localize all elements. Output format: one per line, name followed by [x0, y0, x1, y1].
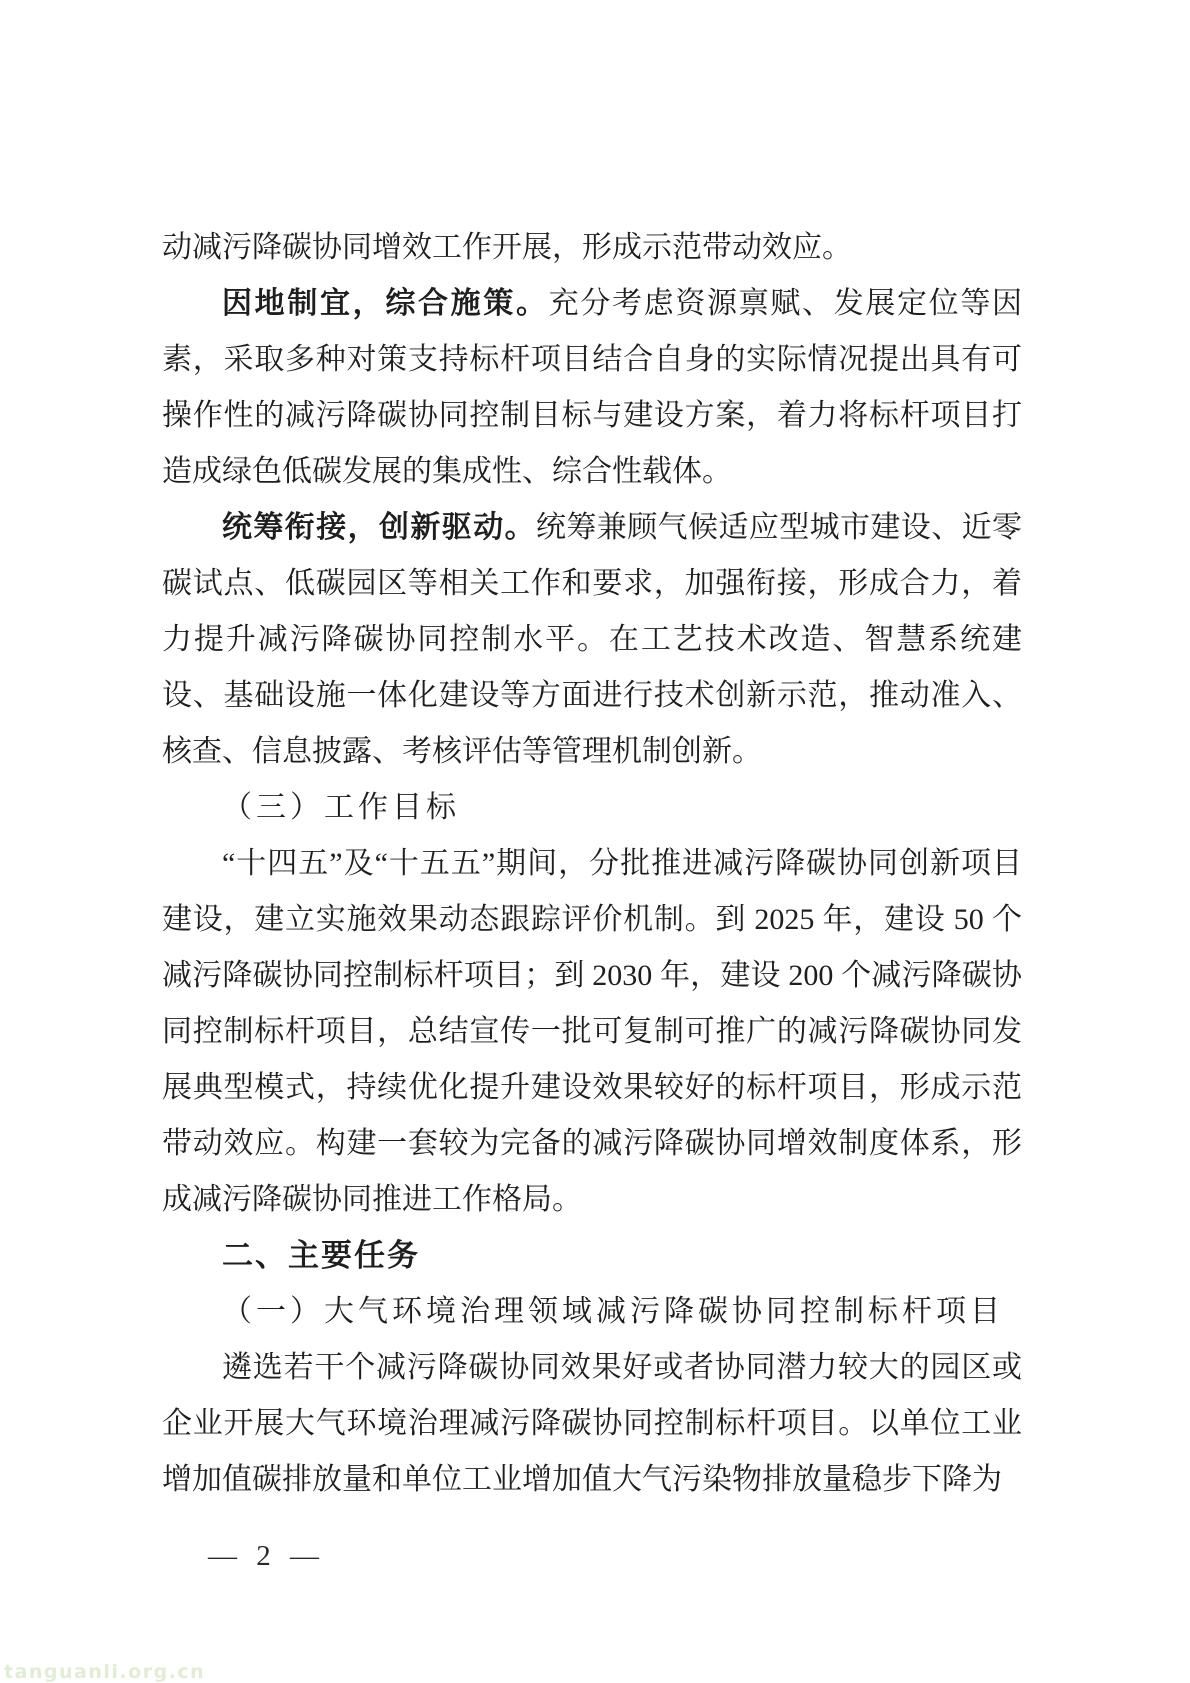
text-run: 动减污降碳协同增效工作开展，形成示范带动效应。	[162, 231, 852, 264]
text-run: （一）大气环境治理领域减污降碳协同控制标杆项目	[222, 1295, 1004, 1328]
heading: （三）工作目标	[162, 780, 1022, 836]
paragraph: 遴选若干个减污降碳协同效果好或者协同潜力较大的园区或企业开展大气环境治理减污降碳…	[162, 1340, 1022, 1508]
text-run: 统筹兼顾气候适应型城市建设、近零碳试点、低碳园区等相关工作和要求，加强衔接，形成…	[162, 511, 1022, 768]
paragraph: 动减污降碳协同增效工作开展，形成示范带动效应。	[162, 220, 1022, 276]
text-run: 二、主要任务	[222, 1238, 420, 1273]
text-run: “十四五”及“十五五”期间，分批推进减污降碳协同创新项目建设，建立实施效果动态跟…	[162, 847, 1022, 1216]
watermark-text: tanguanli.org.cn	[4, 1661, 205, 1683]
document-page: 动减污降碳协同增效工作开展，形成示范带动效应。因地制宜，综合施策。充分考虑资源禀…	[0, 0, 1190, 1683]
document-body: 动减污降碳协同增效工作开展，形成示范带动效应。因地制宜，综合施策。充分考虑资源禀…	[162, 220, 1022, 1508]
heading: （一）大气环境治理领域减污降碳协同控制标杆项目	[162, 1284, 1022, 1340]
heading: 二、主要任务	[162, 1228, 1022, 1284]
text-run: 遴选若干个减污降碳协同效果好或者协同潜力较大的园区或企业开展大气环境治理减污降碳…	[162, 1351, 1022, 1496]
paragraph: 统筹衔接，创新驱动。统筹兼顾气候适应型城市建设、近零碳试点、低碳园区等相关工作和…	[162, 500, 1022, 780]
text-run: （三）工作目标	[222, 791, 460, 824]
bold-lead-in: 因地制宜，综合施策。	[222, 287, 549, 320]
paragraph: 因地制宜，综合施策。充分考虑资源禀赋、发展定位等因素，采取多种对策支持标杆项目结…	[162, 276, 1022, 500]
bold-lead-in: 统筹衔接，创新驱动。	[222, 511, 536, 544]
page-number: — 2 —	[208, 1540, 325, 1573]
paragraph: “十四五”及“十五五”期间，分批推进减污降碳协同创新项目建设，建立实施效果动态跟…	[162, 836, 1022, 1228]
